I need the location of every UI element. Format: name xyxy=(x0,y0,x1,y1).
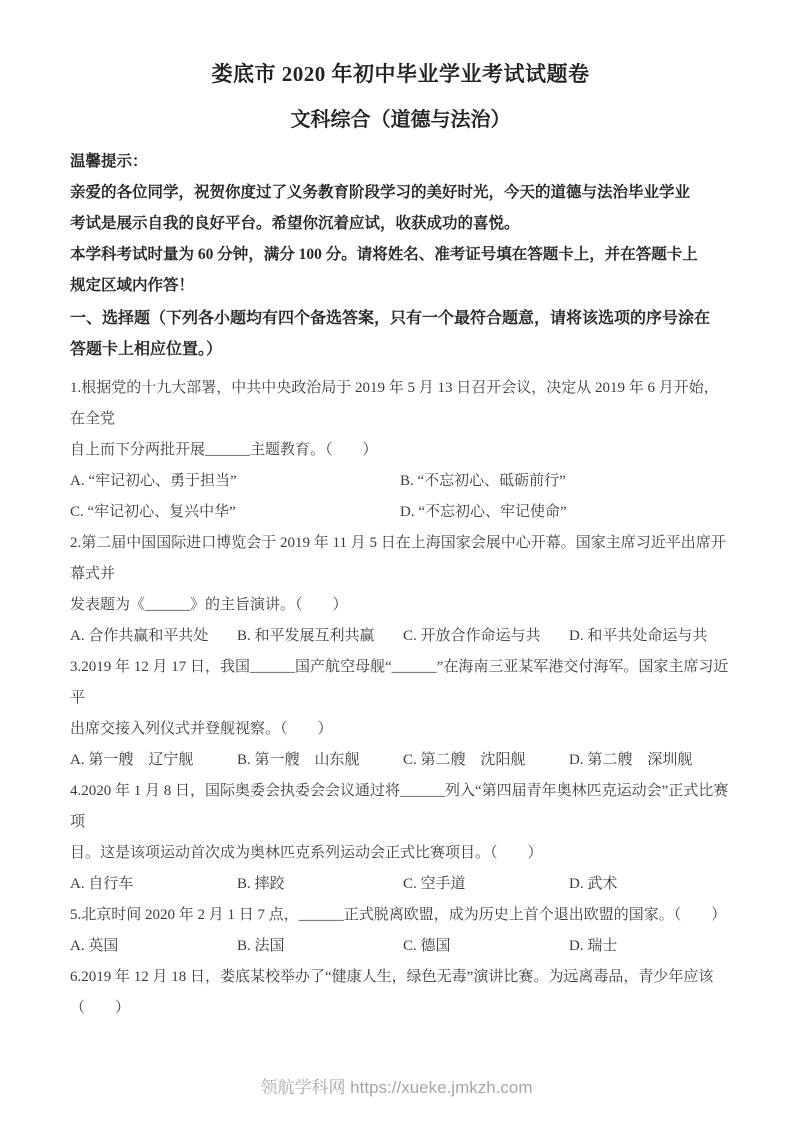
question-2-option-a: A. 合作共赢和平共处 xyxy=(70,621,237,652)
exam-paper-page: 娄底市 2020 年初中毕业学业考试试题卷 文科综合（道德与法治） 温馨提示： … xyxy=(0,0,793,1122)
exam-subtitle: 文科综合（道德与法治） xyxy=(70,104,731,136)
question-4-text-line-2: 目。这是该项运动首次成为奥林匹克系列运动会正式比赛项目。（ ） xyxy=(70,838,731,869)
question-3-option-a: A. 第一艘 辽宁舰 xyxy=(70,745,237,776)
intro-paragraphs: 亲爱的各位同学，祝贺你度过了义务教育阶段学习的美好时光，今天的道德与法治毕业学业… xyxy=(70,177,731,301)
question-2-option-d: D. 和平共处命运与共 xyxy=(569,621,731,652)
intro-line-4: 规定区域内作答！ xyxy=(70,270,731,301)
question-2-text-line-2: 发表题为《______》的主旨演讲。（ ） xyxy=(70,590,731,621)
question-3-options: A. 第一艘 辽宁舰 B. 第一艘 山东舰 C. 第二艘 沈阳舰 D. 第二艘 … xyxy=(70,745,731,776)
question-4-option-b: B. 摔跤 xyxy=(237,869,403,900)
intro-line-3: 本学科考试时量为 60 分钟，满分 100 分。请将姓名、准考证号填在答题卡上，… xyxy=(70,239,731,270)
question-2-options: A. 合作共赢和平共处 B. 和平发展互利共赢 C. 开放合作命运与共 D. 和… xyxy=(70,621,731,652)
question-4-options: A. 自行车 B. 摔跤 C. 空手道 D. 武术 xyxy=(70,869,731,900)
notice-label: 温馨提示： xyxy=(70,146,731,177)
question-1-option-b: B. “不忘初心、砥砺前行” xyxy=(400,466,731,497)
question-5-option-c: C. 德国 xyxy=(403,931,569,962)
question-4-option-a: A. 自行车 xyxy=(70,869,237,900)
question-3-text-line-1: 3.2019 年 12 月 17 日，我国______国产航空母舰“______… xyxy=(70,652,731,714)
question-5-option-b: B. 法国 xyxy=(237,931,403,962)
question-4-option-c: C. 空手道 xyxy=(403,869,569,900)
question-5: 5.北京时间 2020 年 2 月 1 日 7 点，______正式脱离欧盟，成… xyxy=(70,900,731,962)
question-1-text-line-2: 自上而下分两批开展______主题教育。（ ） xyxy=(70,435,731,466)
question-4: 4.2020 年 1 月 8 日，国际奥委会执委会会议通过将______列入“第… xyxy=(70,776,731,900)
watermark: 领航学科网 https://xueke.jmkzh.com xyxy=(0,1073,793,1098)
question-6: 6.2019 年 12 月 18 日，娄底某校举办了“健康人生，绿色无毒”演讲比… xyxy=(70,962,731,1024)
section-header-line-1: 一、选择题（下列各小题均有四个备选答案，只有一个最符合题意，请将该选项的序号涂在 xyxy=(70,303,731,334)
question-2-text-line-1: 2.第二届中国国际进口博览会于 2019 年 11 月 5 日在上海国家会展中心… xyxy=(70,528,731,590)
question-1: 1.根据党的十九大部署，中共中央政治局于 2019 年 5 月 13 日召开会议… xyxy=(70,373,731,528)
question-6-text-line-1: 6.2019 年 12 月 18 日，娄底某校举办了“健康人生，绿色无毒”演讲比… xyxy=(70,962,731,1024)
question-list: 1.根据党的十九大部署，中共中央政治局于 2019 年 5 月 13 日召开会议… xyxy=(70,373,731,1024)
exam-title: 娄底市 2020 年初中毕业学业考试试题卷 xyxy=(70,58,731,90)
intro-line-2: 考试是展示自我的良好平台。希望你沉着应试，收获成功的喜悦。 xyxy=(70,208,731,239)
intro-line-1: 亲爱的各位同学，祝贺你度过了义务教育阶段学习的美好时光，今天的道德与法治毕业学业 xyxy=(70,177,731,208)
watermark-text: 领航学科网 https://xueke.jmkzh.com xyxy=(260,1078,532,1097)
question-4-option-d: D. 武术 xyxy=(569,869,731,900)
question-5-text-line-1: 5.北京时间 2020 年 2 月 1 日 7 点，______正式脱离欧盟，成… xyxy=(70,900,731,931)
question-2-option-b: B. 和平发展互利共赢 xyxy=(237,621,403,652)
question-1-text-line-1: 1.根据党的十九大部署，中共中央政治局于 2019 年 5 月 13 日召开会议… xyxy=(70,373,731,435)
question-3-text-line-2: 出席交接入列仪式并登舰视察。（ ） xyxy=(70,714,731,745)
question-1-option-d: D. “不忘初心、牢记使命” xyxy=(400,497,731,528)
question-3-option-d: D. 第二艘 深圳舰 xyxy=(569,745,731,776)
question-3: 3.2019 年 12 月 17 日，我国______国产航空母舰“______… xyxy=(70,652,731,776)
question-5-option-d: D. 瑞士 xyxy=(569,931,731,962)
question-1-option-a: A. “牢记初心、勇于担当” xyxy=(70,466,400,497)
question-4-text-line-1: 4.2020 年 1 月 8 日，国际奥委会执委会会议通过将______列入“第… xyxy=(70,776,731,838)
question-3-option-c: C. 第二艘 沈阳舰 xyxy=(403,745,569,776)
question-2-option-c: C. 开放合作命运与共 xyxy=(403,621,569,652)
question-5-option-a: A. 英国 xyxy=(70,931,237,962)
question-1-option-c: C. “牢记初心、复兴中华” xyxy=(70,497,400,528)
question-5-options: A. 英国 B. 法国 C. 德国 D. 瑞士 xyxy=(70,931,731,962)
exam-content: 娄底市 2020 年初中毕业学业考试试题卷 文科综合（道德与法治） 温馨提示： … xyxy=(0,0,793,1024)
question-3-option-b: B. 第一艘 山东舰 xyxy=(237,745,403,776)
question-1-options: A. “牢记初心、勇于担当” B. “不忘初心、砥砺前行” C. “牢记初心、复… xyxy=(70,466,731,528)
section-header-line-2: 答题卡上相应位置。） xyxy=(70,334,731,365)
question-2: 2.第二届中国国际进口博览会于 2019 年 11 月 5 日在上海国家会展中心… xyxy=(70,528,731,652)
